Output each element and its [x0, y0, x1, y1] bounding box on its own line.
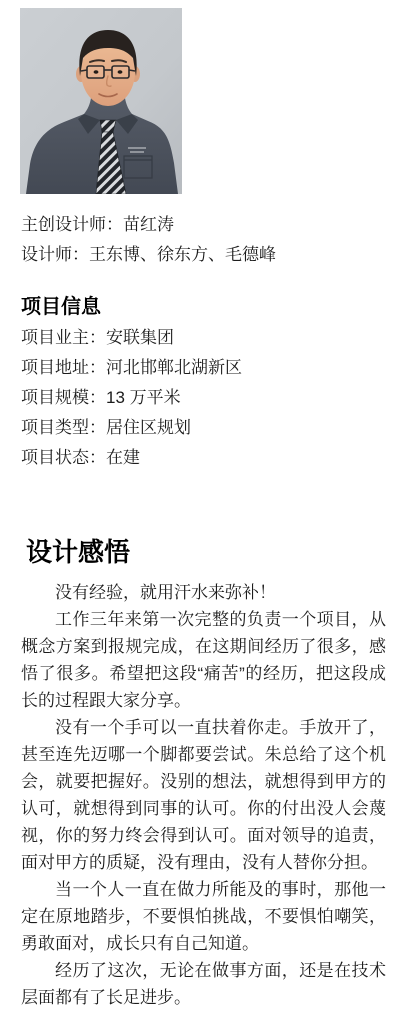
reflection-paragraph: 没有一个手可以一直扶着你走。手放开了，甚至连先迈哪一个脚都要尝试。朱总给了这个机…: [21, 714, 386, 876]
design-reflection-heading: 设计感悟: [26, 533, 400, 571]
reflection-paragraphs: 没有经验，就用汗水来弥补！工作三年来第一次完整的负责一个项目，从概念方案到报规完…: [21, 579, 386, 1011]
designers-line: 设计师：王东博、徐东方、毛德峰: [21, 240, 276, 270]
portrait-tie-knot: [100, 120, 116, 132]
project-info-row: 项目地址：河北邯郸北湖新区: [21, 353, 386, 383]
portrait-eye-right: [118, 70, 123, 74]
project-info-row: 项目类型：居住区规划: [21, 413, 386, 443]
reflection-paragraph: 经历了这次，无论在做事方面，还是在技术层面都有了长足进步。: [21, 957, 386, 1011]
project-info-section: 项目信息 项目业主：安联集团项目地址：河北邯郸北湖新区项目规模：13 万平米项目…: [21, 291, 386, 473]
designer-profile-page: 主创设计师：苗红涛 设计师：王东博、徐东方、毛德峰 项目信息 项目业主：安联集团…: [0, 0, 400, 1019]
portrait-eye-left: [94, 70, 99, 74]
project-info-heading: 项目信息: [21, 291, 386, 323]
project-info-rows: 项目业主：安联集团项目地址：河北邯郸北湖新区项目规模：13 万平米项目类型：居住…: [21, 323, 386, 473]
reflection-paragraph: 工作三年来第一次完整的负责一个项目，从概念方案到报规完成，在这期间经历了很多，感…: [21, 606, 386, 714]
project-info-row: 项目规模：13 万平米: [21, 383, 386, 413]
designer-credits: 主创设计师：苗红涛 设计师：王东博、徐东方、毛德峰: [21, 210, 276, 270]
reflection-paragraph: 当一个人一直在做力所能及的事时，那他一定在原地踏步，不要惧怕挑战，不要惧怕嘲笑，…: [21, 876, 386, 957]
project-info-row: 项目状态：在建: [21, 443, 386, 473]
design-reflection-section: 设计感悟 没有经验，就用汗水来弥补！工作三年来第一次完整的负责一个项目，从概念方…: [0, 533, 400, 1011]
project-info-row: 项目业主：安联集团: [21, 323, 386, 353]
reflection-paragraph: 没有经验，就用汗水来弥补！: [21, 579, 386, 606]
lead-designer-line: 主创设计师：苗红涛: [21, 210, 276, 240]
designer-portrait-photo: [20, 8, 182, 194]
